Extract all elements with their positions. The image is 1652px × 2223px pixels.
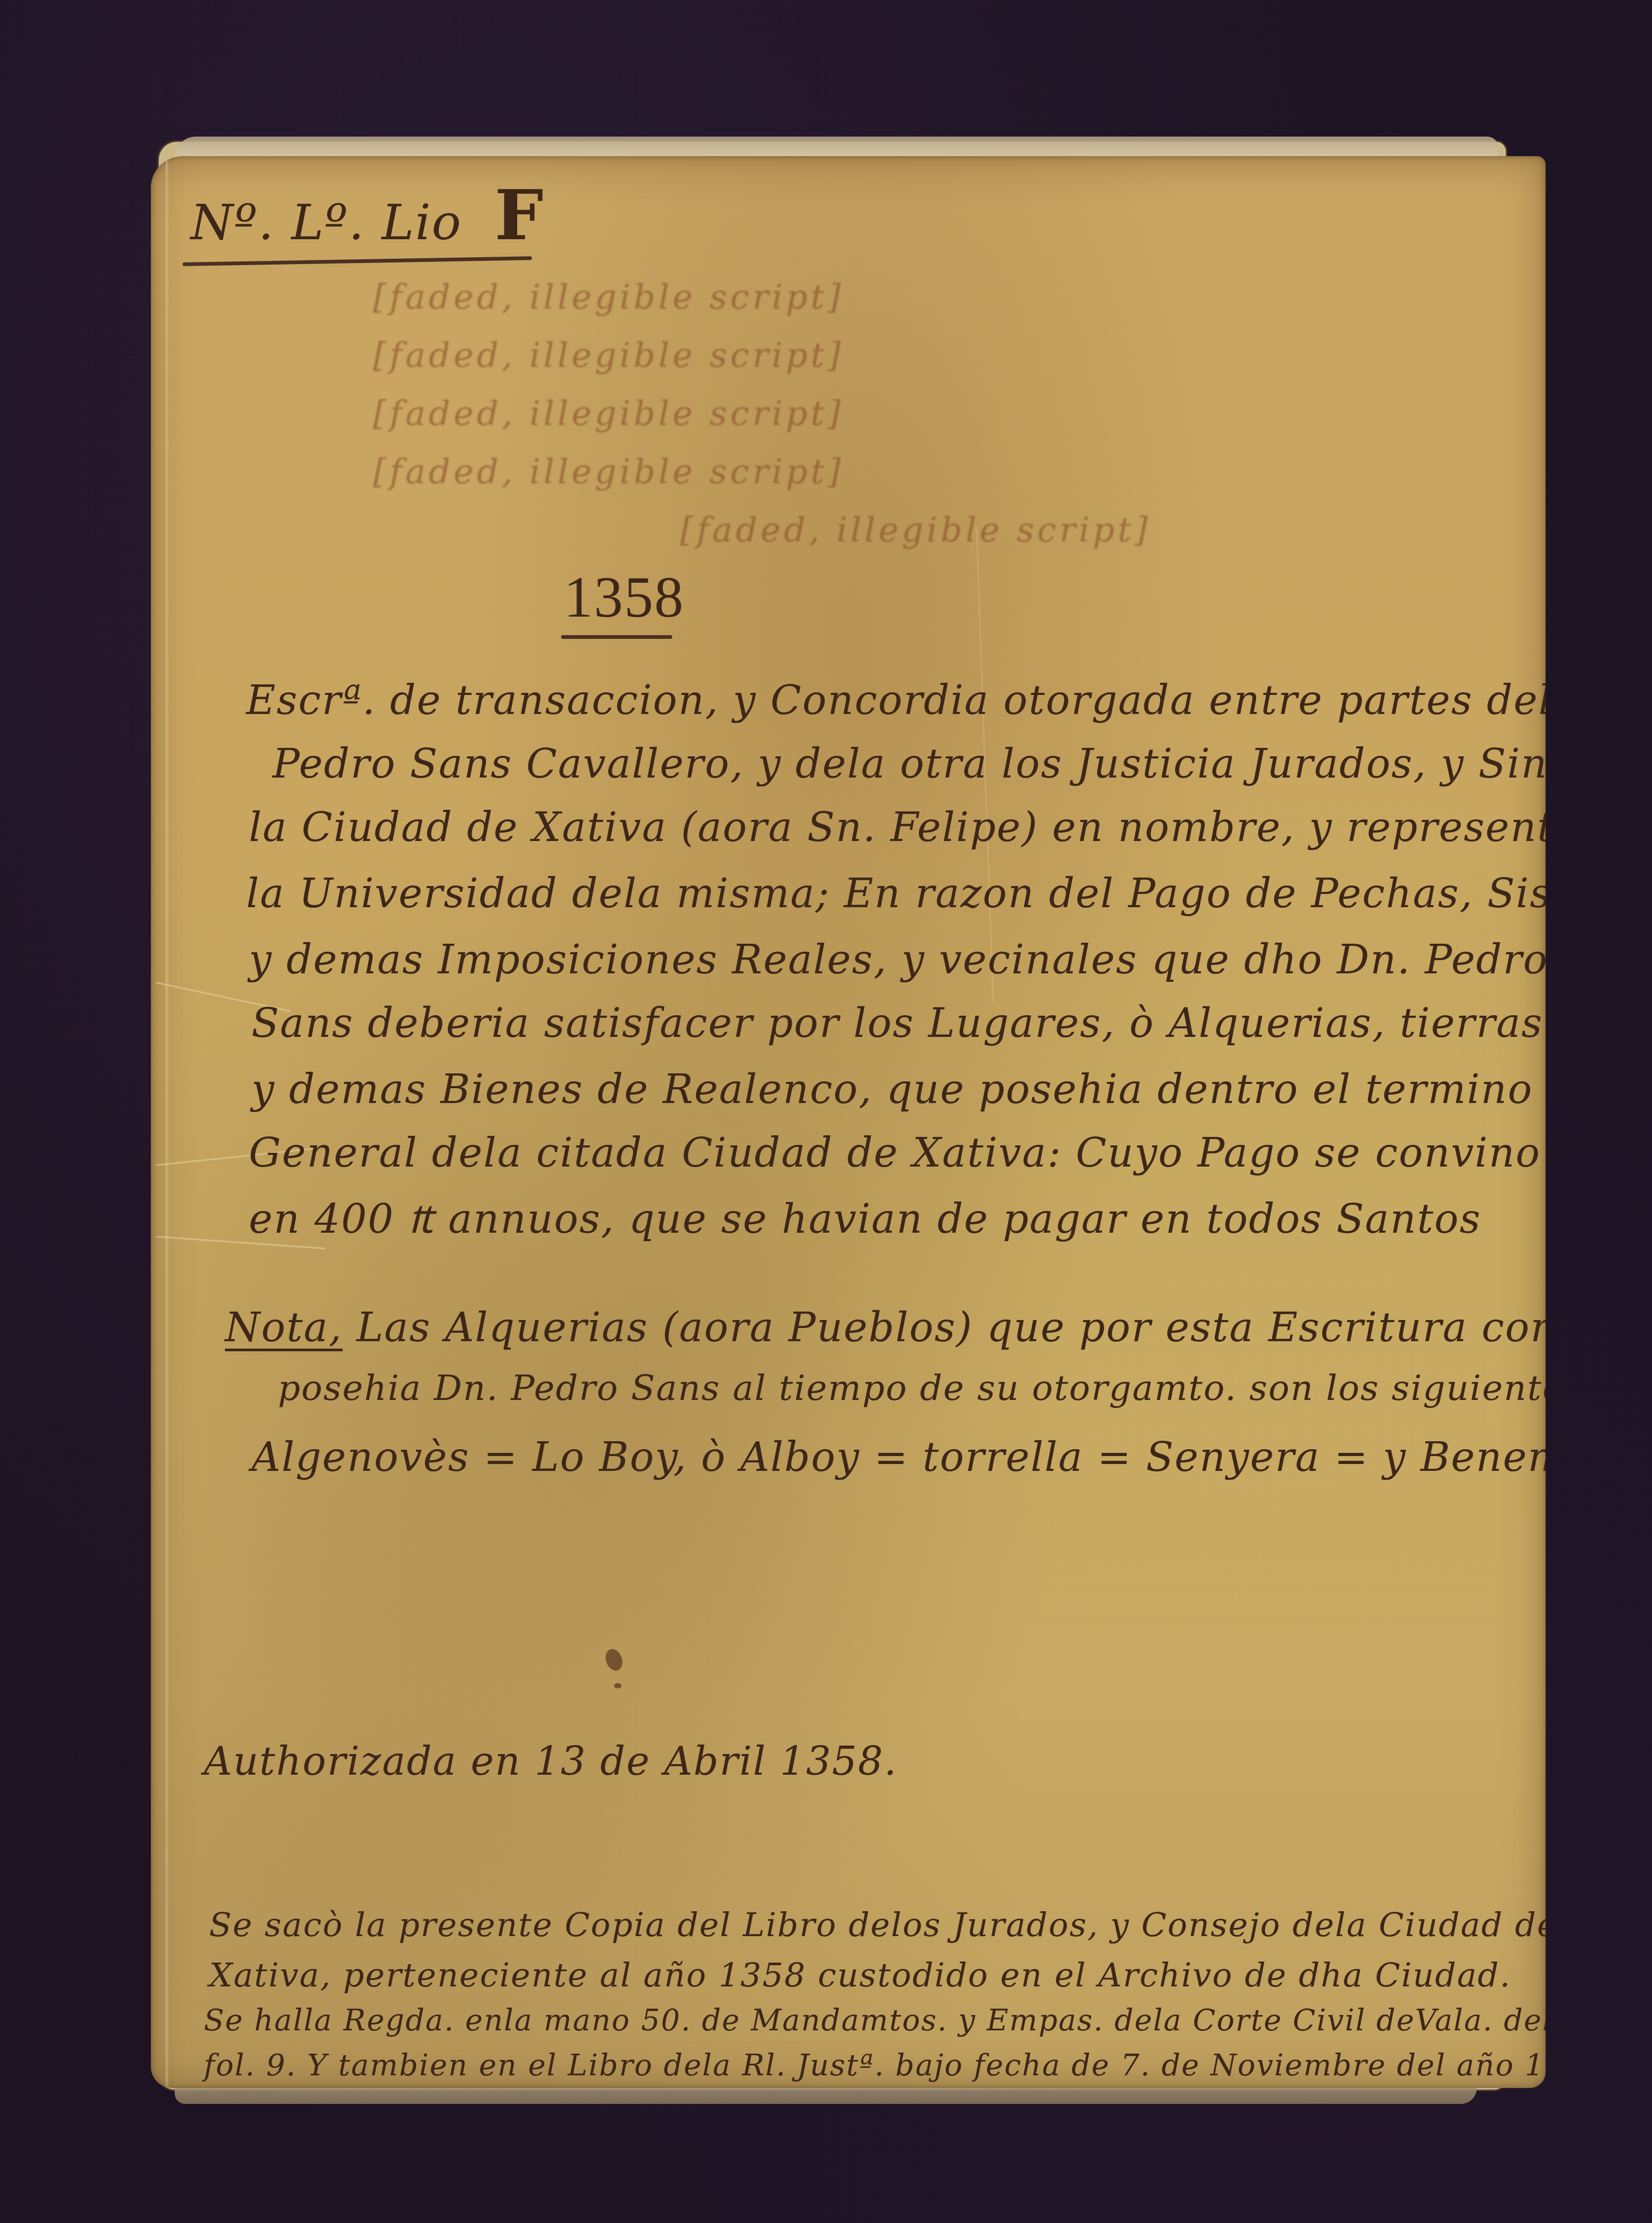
footer-line: fol. 9. Y tambien en el Libro dela Rl. J… bbox=[204, 2048, 1546, 2083]
spine-fold bbox=[166, 156, 169, 2088]
footer-line: Xativa, perteneciente al año 1358 custod… bbox=[209, 1956, 1511, 1994]
body-line: la Universidad dela misma; En razon del … bbox=[246, 873, 1546, 914]
faded-header-line: [faded, illegible script] bbox=[373, 394, 844, 433]
faded-header-line: [faded, illegible script] bbox=[373, 278, 844, 317]
body-line: Pedro Sans Cavallero, y dela otra los Ju… bbox=[273, 744, 1546, 784]
year-heading-underline bbox=[561, 635, 672, 639]
reference-letter: F bbox=[494, 175, 544, 256]
note-places-line: Algenovès = Lo Boy, ò Alboy = torrella =… bbox=[251, 1437, 1546, 1477]
faded-header-line: [faded, illegible script] bbox=[373, 453, 844, 492]
footer-line: Se sacò la presente Copia del Libro delo… bbox=[209, 1905, 1546, 1944]
note-line: posehia Dn. Pedro Sans al tiempo de su o… bbox=[278, 1371, 1546, 1406]
faded-header-line: [faded, illegible script] bbox=[680, 511, 1151, 550]
reference-mark: Nº. Lº. Lio F bbox=[191, 175, 545, 256]
reference-prefix: Nº. Lº. Lio bbox=[191, 194, 462, 251]
body-line: la Ciudad de Xativa (aora Sn. Felipe) en… bbox=[249, 807, 1546, 847]
body-line: y demas Bienes de Realenco, que posehia … bbox=[251, 1069, 1533, 1109]
top-page-edge bbox=[175, 137, 1498, 158]
footer-line: Se halla Regda. enla mano 50. de Mandamt… bbox=[204, 2003, 1546, 2038]
year-heading: 1358 bbox=[564, 564, 684, 631]
note-first-line: Nota, Las Alquerias (aora Pueblos) que p… bbox=[225, 1307, 1546, 1348]
authorization-line: Authorizada en 13 de Abril 1358. bbox=[204, 1739, 897, 1784]
body-line: Sans deberia satisfacer por los Lugares,… bbox=[251, 1003, 1543, 1043]
reference-underline bbox=[183, 256, 532, 266]
body-line: General dela citada Ciudad de Xativa: Cu… bbox=[249, 1133, 1541, 1173]
manuscript-page: Nº. Lº. Lio F [faded, illegible script] … bbox=[151, 156, 1546, 2088]
note-label: Nota, bbox=[225, 1304, 342, 1351]
ink-stain bbox=[614, 1683, 621, 1688]
body-line: Escrª. de transaccion, y Concordia otorg… bbox=[246, 680, 1546, 720]
ink-stain bbox=[603, 1647, 626, 1673]
body-line: en 400 ₶ annuos, que se havian de pagar … bbox=[249, 1199, 1481, 1239]
faded-header-line: [faded, illegible script] bbox=[373, 336, 844, 375]
body-line: y demas Imposiciones Reales, y vecinales… bbox=[249, 939, 1546, 980]
note-line: Las Alquerias (aora Pueblos) que por est… bbox=[356, 1304, 1546, 1351]
